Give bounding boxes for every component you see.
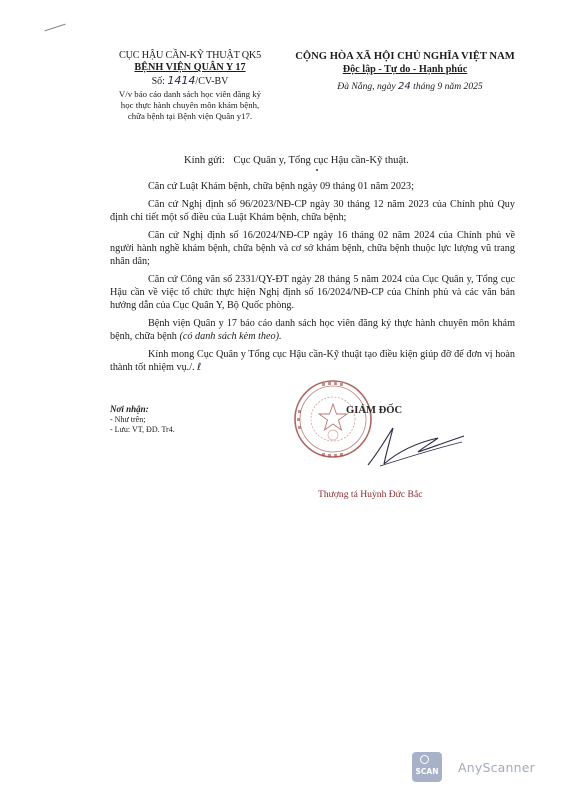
greeting-label: Kính gửi: <box>184 155 225 166</box>
greeting-line: Kính gửi: Cục Quân y, Tổng cục Hậu cần-K… <box>184 155 409 166</box>
signatory-title: GIÁM ĐỐC <box>346 405 402 416</box>
national-header-block: CỘNG HÒA XÃ HỘI CHỦ NGHĨA VIỆT NAM Độc l… <box>276 50 534 93</box>
recipients-block: Nơi nhận: - Như trên; - Lưu: VT, ĐD. Tr4… <box>110 404 175 435</box>
signatory-name: Thượng tá Huỳnh Đức Bắc <box>318 489 422 500</box>
body-paragraph: Căn cứ Luật Khám bệnh, chữa bệnh ngày 09… <box>110 180 515 193</box>
scanned-document-page: CỤC HẬU CẦN-KỸ THUẬT QK5 BỆNH VIỆN QUÂN … <box>0 0 564 800</box>
document-number: Số: 1414/CV-BV <box>88 75 292 88</box>
body-paragraph: Căn cứ Nghị định số 96/2023/NĐ-CP ngày 3… <box>110 198 515 224</box>
national-motto: Độc lập - Tự do - Hạnh phúc <box>276 63 534 76</box>
handwritten-initials: ℓ <box>197 362 201 373</box>
document-date: Đà Nẵng, ngày 24 tháng 9 năm 2025 <box>276 80 534 93</box>
closing-paragraph: Kính mong Cục Quân y Tổng cục Hậu cần-Kỹ… <box>110 348 515 374</box>
handwritten-signature-icon <box>360 420 470 470</box>
report-paragraph: Bệnh viện Quân y 17 báo cáo danh sách họ… <box>110 317 515 343</box>
handwritten-number: 1414 <box>167 74 195 87</box>
body-paragraph: Căn cứ Nghị định số 16/2024/NĐ-CP ngày 1… <box>110 229 515 268</box>
body-paragraph: Căn cứ Công văn số 2331/QY-ĐT ngày 28 th… <box>110 273 515 312</box>
scan-dot <box>316 169 318 171</box>
scan-app-icon: SCAN <box>412 752 442 782</box>
recipients-title: Nơi nhận: <box>110 404 175 415</box>
parent-organization: CỤC HẬU CẦN-KỸ THUẬT QK5 <box>88 50 292 62</box>
issuing-unit: BỆNH VIỆN QUÂN Y 17 <box>88 62 292 74</box>
attachment-note: (có danh sách kèm theo). <box>179 331 281 342</box>
handwritten-day: 24 <box>398 81 411 92</box>
recipient-item: - Như trên; <box>110 415 175 425</box>
greeting-recipient: Cục Quân y, Tổng cục Hậu cần-Kỹ thuật. <box>233 155 408 166</box>
issuing-authority-block: CỤC HẬU CẦN-KỸ THUẬT QK5 BỆNH VIỆN QUÂN … <box>88 50 292 122</box>
document-subject: V/v báo cáo danh sách học viên đăng ký h… <box>88 89 292 122</box>
nation-title: CỘNG HÒA XÃ HỘI CHỦ NGHĨA VIỆT NAM <box>276 50 534 63</box>
scan-mark <box>44 24 65 32</box>
scanner-brand: AnyScanner <box>458 760 535 775</box>
scanner-watermark: SCAN AnyScanner <box>412 752 535 782</box>
document-body: Căn cứ Luật Khám bệnh, chữa bệnh ngày 09… <box>110 180 515 379</box>
recipient-item: - Lưu: VT, ĐD. Tr4. <box>110 425 175 435</box>
